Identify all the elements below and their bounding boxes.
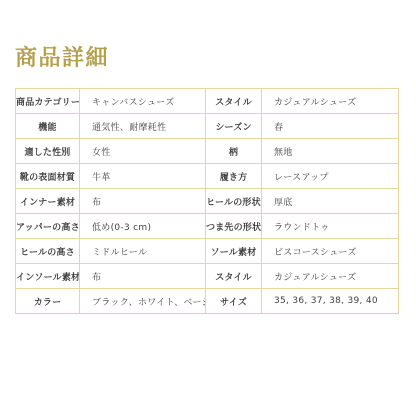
attribute-label: 履き方: [206, 164, 262, 189]
attribute-value: カジュアルシューズ: [262, 89, 399, 114]
attribute-label: 適した性別: [16, 139, 80, 164]
attribute-label: 靴の表面材質: [16, 164, 80, 189]
attribute-value: 低め(0-3 cm): [80, 214, 206, 239]
attribute-value: 春: [262, 114, 399, 139]
product-spec-table: 商品カテゴリーキャンバスシューズスタイルカジュアルシューズ機能通気性、耐摩耗性シ…: [15, 88, 399, 314]
table-row: インナー素材布ヒールの形状厚底: [16, 189, 399, 214]
attribute-value: ブラック、ホワイト、ベージュ: [80, 289, 206, 314]
page-title: 商品詳細: [15, 47, 109, 70]
attribute-value: 通気性、耐摩耗性: [80, 114, 206, 139]
attribute-value: 無地: [262, 139, 399, 164]
attribute-label: インナー素材: [16, 189, 80, 214]
attribute-label: ヒールの高さ: [16, 239, 80, 264]
attribute-value: 布: [80, 189, 206, 214]
table-row: カラーブラック、ホワイト、ベージュサイズ35, 36, 37, 38, 39, …: [16, 289, 399, 314]
attribute-label: カラー: [16, 289, 80, 314]
attribute-label: スタイル: [206, 89, 262, 114]
attribute-value: レースアップ: [262, 164, 399, 189]
table-row: ヒールの高さミドルヒールソール素材ビスコースシューズ: [16, 239, 399, 264]
attribute-label: スタイル: [206, 264, 262, 289]
attribute-label: 機能: [16, 114, 80, 139]
attribute-label: シーズン: [206, 114, 262, 139]
attribute-label: アッパーの高さ: [16, 214, 80, 239]
attribute-value: ビスコースシューズ: [262, 239, 399, 264]
attribute-value: 35, 36, 37, 38, 39, 40: [262, 289, 399, 314]
attribute-label: サイズ: [206, 289, 262, 314]
attribute-label: 商品カテゴリー: [16, 89, 80, 114]
attribute-value: 牛革: [80, 164, 206, 189]
attribute-label: ヒールの形状: [206, 189, 262, 214]
attribute-label: つま先の形状: [206, 214, 262, 239]
attribute-value: 厚底: [262, 189, 399, 214]
table-row: インソール素材布スタイルカジュアルシューズ: [16, 264, 399, 289]
attribute-value: 女性: [80, 139, 206, 164]
table-row: 靴の表面材質牛革履き方レースアップ: [16, 164, 399, 189]
attribute-label: ソール素材: [206, 239, 262, 264]
attribute-value: ミドルヒール: [80, 239, 206, 264]
table-row: 機能通気性、耐摩耗性シーズン春: [16, 114, 399, 139]
table-row: 商品カテゴリーキャンバスシューズスタイルカジュアルシューズ: [16, 89, 399, 114]
attribute-value: キャンバスシューズ: [80, 89, 206, 114]
attribute-label: インソール素材: [16, 264, 80, 289]
attribute-value: 布: [80, 264, 206, 289]
product-detail-panel: 商品詳細 商品カテゴリーキャンバスシューズスタイルカジュアルシューズ機能通気性、…: [0, 0, 416, 416]
table-row: アッパーの高さ低め(0-3 cm)つま先の形状ラウンドトゥ: [16, 214, 399, 239]
attribute-label: 柄: [206, 139, 262, 164]
table-row: 適した性別女性柄無地: [16, 139, 399, 164]
attribute-value: カジュアルシューズ: [262, 264, 399, 289]
detail-table-body: 商品カテゴリーキャンバスシューズスタイルカジュアルシューズ機能通気性、耐摩耗性シ…: [16, 89, 399, 314]
attribute-value: ラウンドトゥ: [262, 214, 399, 239]
